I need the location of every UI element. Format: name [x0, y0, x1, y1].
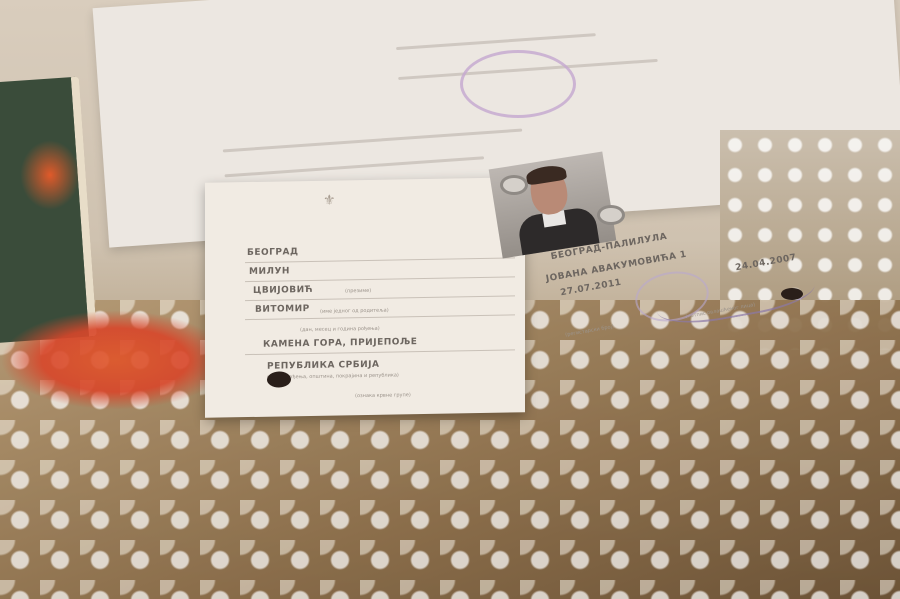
punch-hole [267, 371, 291, 387]
red-yarn [0, 310, 230, 410]
id-left-page: ⚜ БЕОГРАД МИЛУН ЦВИЈОВИЋ (презиме) ВИТОМ… [205, 177, 525, 418]
field-republic: РЕПУБЛИКА СРБИЈА [267, 360, 379, 372]
field-parent-name: ВИТОМИР [255, 304, 310, 315]
id-booklet: ⚜ БЕОГРАД МИЛУН ЦВИЈОВИЋ (презиме) ВИТОМ… [205, 130, 865, 420]
field-city: БЕОГРАД [247, 247, 298, 258]
field-first-name: МИЛУН [249, 266, 290, 277]
red-yarn [20, 140, 80, 210]
id-photo [489, 152, 617, 259]
coat-of-arms-icon: ⚜ [323, 193, 336, 209]
punch-hole [781, 288, 803, 300]
field-birthplace: КАМЕНА ГОРА, ПРИЈЕПОЉЕ [263, 337, 417, 350]
eyelet [500, 175, 528, 195]
green-book [0, 77, 97, 344]
eyelet [597, 205, 625, 225]
purple-stamp [460, 50, 576, 118]
field-valid-date: 27.07.2011 [560, 278, 623, 299]
field-surname: ЦВИЈОВИЋ [253, 285, 313, 296]
